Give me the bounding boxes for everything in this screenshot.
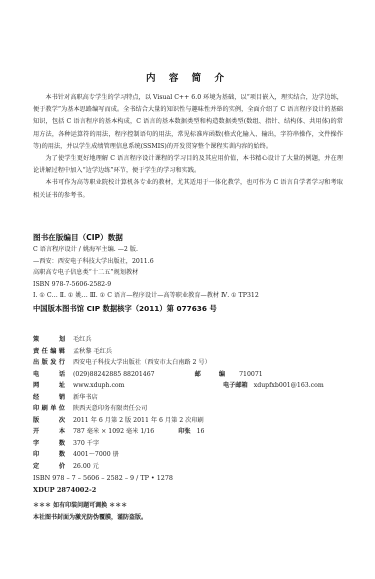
cip-heading: 图书在版编目（CIP）数据 (33, 232, 353, 244)
pub-row-printrun: 印数 4001～7000 册 (33, 449, 353, 461)
pub-label: 定价 (33, 461, 65, 473)
publication-info: 策划 毛红兵 责任编辑 孟秋黎 毛红兵 出版发行 西安电子科技大学出版社（西安市… (33, 334, 353, 523)
pub-row-wordcount: 字数 370 千字 (33, 438, 353, 450)
pub-row-distributor: 经销 新华书店 (33, 392, 353, 404)
email-label: 电子邮箱 (223, 380, 248, 392)
pub-label: 策划 (33, 334, 65, 346)
pub-value: 孟秋黎 毛红兵 (73, 346, 112, 358)
cip-classification-line: Ⅰ. ① C… Ⅱ. ① 姚… Ⅲ. ① C 语言—程序设计—高等职业教育—教材… (33, 290, 353, 302)
exchange-notice: ＊＊＊ 如有印装问题可调换 ＊＊＊ (33, 500, 353, 512)
pub-row-printer: 印刷单位 陕西天意印务有限责任公司 (33, 403, 353, 415)
pub-value: 4001～7000 册 (73, 449, 119, 461)
pub-value: 毛红兵 (73, 334, 92, 346)
pub-label: 经销 (33, 392, 65, 404)
pub-label: 字数 (33, 438, 65, 450)
cip-publisher-line: —西安：西安电子科技大学出版社，2011.6 (33, 256, 353, 268)
cip-isbn-line: ISBN 978-7-5606-2582-9 (33, 279, 353, 291)
copyright-page: 内 容 简 介 本书针对高职高专学生的学习特点，以 Visual C++ 6.0… (0, 0, 375, 579)
postcode-label: 邮 编 (195, 369, 234, 381)
pub-value: (029)88242885 88201467 (73, 369, 155, 381)
pub-row-phone: 电话 (029)88242885 88201467 邮 编 710071 (33, 369, 353, 381)
isbn-full: ISBN 978 – 7 – 5606 – 2582 – 9 / TP • 12… (33, 473, 353, 485)
sheets-value: 16 (197, 426, 205, 438)
intro-title: 内 容 简 介 (0, 70, 375, 84)
pub-row-format: 开本 787 毫米 × 1092 毫米 1/16 印张 16 (33, 426, 353, 438)
notices: ＊＊＊ 如有印装问题可调换 ＊＊＊ 本社图书封面为激光防伪覆膜，谨防盗版。 (33, 500, 353, 523)
cip-series-line: 高职高专电子信息类“十二五”规划教材 (33, 267, 353, 279)
pub-row-planner: 策划 毛红兵 (33, 334, 353, 346)
pub-value: 370 千字 (73, 438, 99, 450)
pub-value: 787 毫米 × 1092 毫米 1/16 (73, 426, 154, 438)
pub-row-editors: 责任编辑 孟秋黎 毛红兵 (33, 346, 353, 358)
anti-piracy-notice: 本社图书封面为激光防伪覆膜，谨防盗版。 (33, 512, 353, 524)
website-link: www.xduph.com (73, 380, 183, 392)
pub-label: 责任编辑 (33, 346, 65, 358)
xdup-code: XDUP 2874002-2 (33, 485, 353, 497)
intro-paragraph: 本书针对高职高专学生的学习特点，以 Visual C++ 6.0 环境为基础，以… (33, 92, 343, 153)
email-value: xdupfxb001@163.com (254, 380, 324, 392)
pub-row-edition: 版次 2011 年 6 月第 2 版 2011 年 6 月第 2 次印刷 (33, 415, 353, 427)
pub-label: 网址 (33, 380, 65, 392)
pub-row-website: 网址 www.xduph.com 电子邮箱 xdupfxb001@163.com (33, 380, 353, 392)
pub-label: 版次 (33, 415, 65, 427)
pub-label: 开本 (33, 426, 65, 438)
intro-body: 本书针对高职高专学生的学习特点，以 Visual C++ 6.0 环境为基础，以… (33, 92, 343, 202)
pub-row-publisher: 出版发行 西安电子科技大学出版社（西安市太白南路 2 号） (33, 357, 353, 369)
sheets-label: 印张 (178, 426, 190, 438)
pub-value: 新华书店 (73, 392, 98, 404)
intro-paragraph: 本书可作为高等职业院校计算机各专业的教材，尤其适用于一体化教学，也可作为 C 语… (33, 177, 343, 201)
pub-label: 印数 (33, 449, 65, 461)
pub-label: 出版发行 (33, 357, 65, 369)
pub-label: 电话 (33, 369, 65, 381)
pub-value: 陕西天意印务有限责任公司 (73, 403, 147, 415)
pub-row-price: 定价 26.00 元 (33, 461, 353, 473)
pub-label: 印刷单位 (33, 403, 65, 415)
intro-paragraph: 为了使学生更好地理解 C 语言程序设计课程的学习目的及其应用价值，本书精心设计了… (33, 153, 343, 177)
cip-block: 图书在版编目（CIP）数据 C 语言程序设计 / 姚海军主编. —2 版. —西… (33, 232, 353, 314)
pub-value: 26.00 元 (73, 461, 99, 473)
postcode-value: 710071 (239, 369, 263, 381)
pub-value: 2011 年 6 月第 2 版 2011 年 6 月第 2 次印刷 (73, 415, 204, 427)
cip-verification: 中国版本图书馆 CIP 数据核字（2011）第 077636 号 (33, 303, 353, 315)
pub-value: 西安电子科技大学出版社（西安市太白南路 2 号） (73, 357, 211, 369)
cip-title-line: C 语言程序设计 / 姚海军主编. —2 版. (33, 244, 353, 256)
